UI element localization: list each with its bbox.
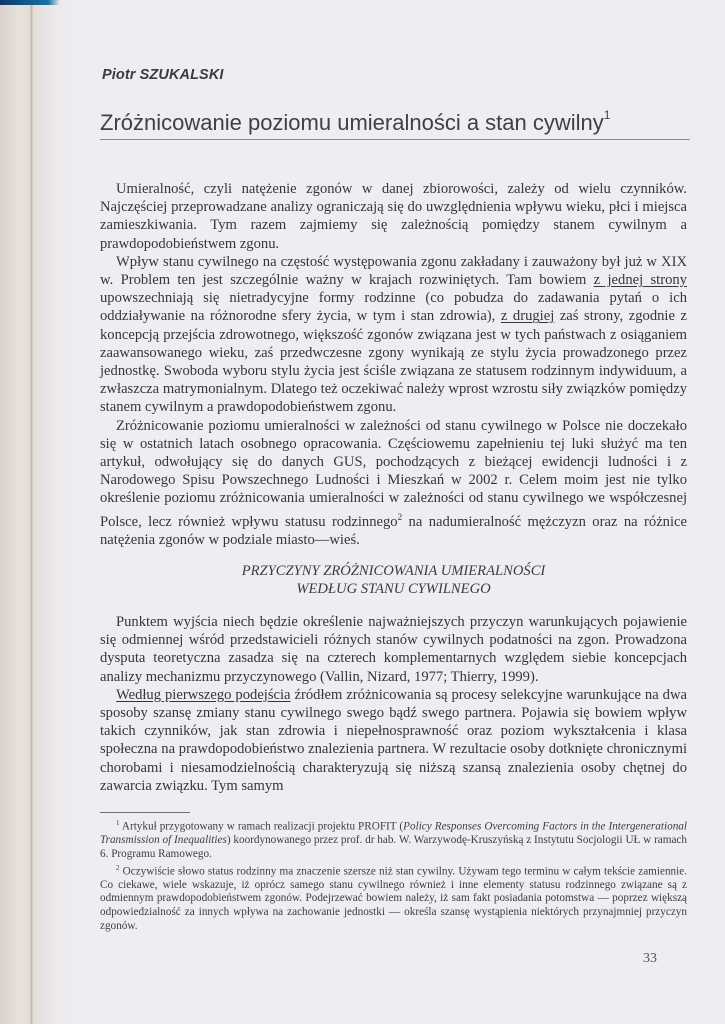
article-body: Umieralność, czyli natężenie zgonów w da…: [100, 180, 687, 795]
underlined-phrase-z-drugiej: z drugiej: [501, 308, 554, 324]
section-heading-line-1: PRZYCZYNY ZRÓŻNICOWANIA UMIERALNOŚCI: [100, 562, 687, 580]
footnote-2: 2 Oczywiście słowo status rodzinny ma zn…: [100, 862, 687, 934]
paragraph-1: Umieralność, czyli natężenie zgonów w da…: [100, 180, 687, 253]
footnote-2-text: Oczywiście słowo status rodzinny ma znac…: [100, 865, 687, 931]
author-name: Piotr SZUKALSKI: [102, 67, 224, 83]
paragraph-3: Zróżnicowanie poziomu umieralności w zal…: [100, 417, 687, 549]
page-crease: [30, 0, 33, 1024]
footnotes: 1 Artykuł przygotowany w ramach realizac…: [100, 817, 687, 933]
document-page: Piotr SZUKALSKI Zróżnicowanie poziomu um…: [100, 0, 690, 1024]
title-block: Zróżnicowanie poziomu umieralności a sta…: [100, 110, 690, 140]
title-footnote-ref[interactable]: 1: [604, 108, 611, 122]
section-heading-line-2: WEDŁUG STANU CYWILNEGO: [100, 580, 687, 598]
footnote-1: 1 Artykuł przygotowany w ramach realizac…: [100, 817, 687, 862]
article-title: Zróżnicowanie poziomu umieralności a sta…: [100, 110, 610, 135]
scan-edge-stripe: [0, 0, 60, 5]
paragraph-2: Wpływ stanu cywilnego na częstość występ…: [100, 253, 687, 417]
footnote-1-text-a: Artykuł przygotowany w ramach realizacji…: [120, 821, 404, 833]
footnote-divider: [100, 812, 190, 813]
section-heading: PRZYCZYNY ZRÓŻNICOWANIA UMIERALNOŚCI WED…: [100, 562, 687, 598]
underlined-phrase-z-jednej-strony: z jednej strony: [594, 272, 687, 288]
page-number: 33: [643, 951, 657, 967]
article-title-text: Zróżnicowanie poziomu umieralności a sta…: [100, 110, 604, 135]
book-spine-shadow: [0, 0, 78, 1024]
paragraph-2-text-c: zaś strony, zgodnie z koncepcją przejści…: [100, 308, 687, 415]
paragraph-5: Według pierwszego podejścia źródłem zróż…: [100, 686, 687, 795]
paragraph-4: Punktem wyjścia niech będzie określenie …: [100, 613, 687, 686]
underlined-phrase-pierwsze-podejscie: Według pierwszego podejścia: [116, 687, 291, 703]
